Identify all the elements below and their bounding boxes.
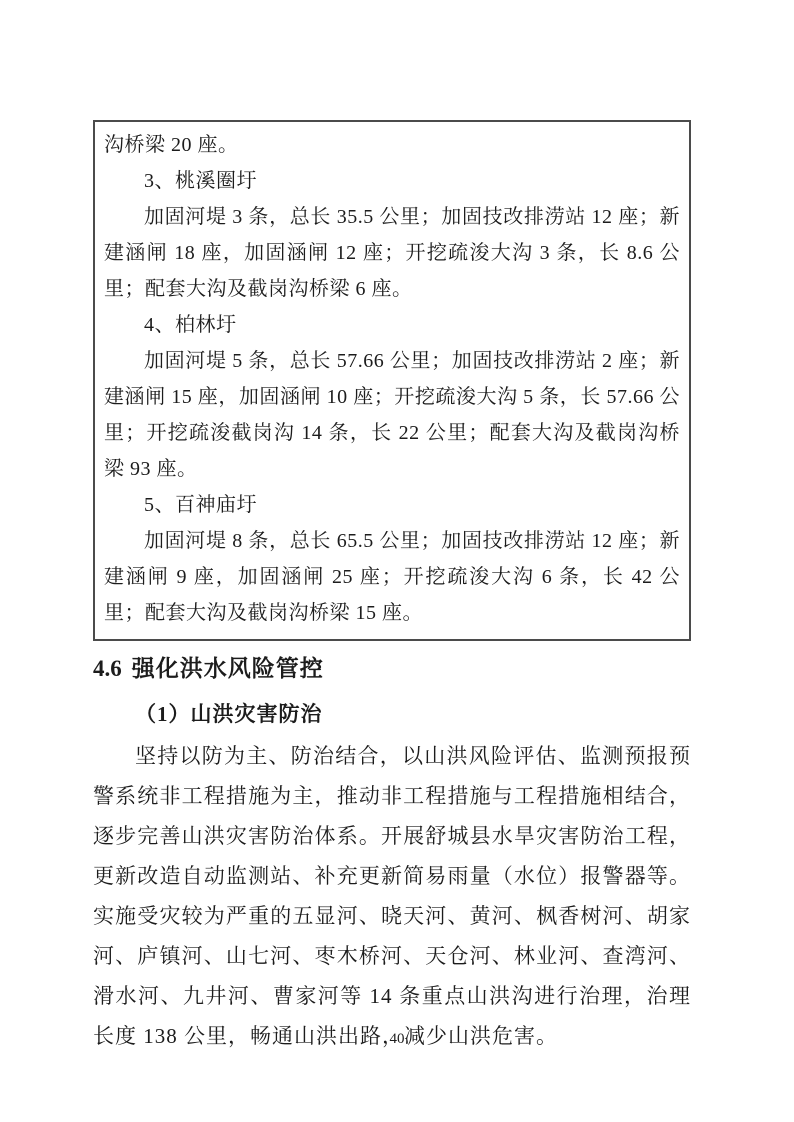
body-paragraph: 坚持以防为主、防治结合，以山洪风险评估、监测预报预警系统非工程措施为主，推动非工… [93, 736, 691, 1056]
subsection-heading: （1）山洪灾害防治 [93, 700, 691, 728]
boxed-excerpt: 沟桥梁 20 座。 3、桃溪圈圩 加固河堤 3 条，总长 35.5 公里；加固技… [93, 120, 691, 641]
page-content: 沟桥梁 20 座。 3、桃溪圈圩 加固河堤 3 条，总长 35.5 公里；加固技… [93, 120, 691, 1056]
box-paragraph: 加固河堤 8 条，总长 65.5 公里；加固技改排涝站 12 座；新建涵闸 9 … [104, 523, 680, 631]
section-number: 4.6 [93, 656, 122, 681]
section-heading: 4.6强化洪水风险管控 [93, 653, 691, 684]
box-paragraph: 3、桃溪圈圩 [104, 163, 680, 199]
section-title: 强化洪水风险管控 [132, 655, 324, 681]
box-paragraph: 加固河堤 3 条，总长 35.5 公里；加固技改排涝站 12 座；新建涵闸 18… [104, 199, 680, 307]
document-page: 沟桥梁 20 座。 3、桃溪圈圩 加固河堤 3 条，总长 35.5 公里；加固技… [0, 0, 794, 1122]
box-paragraph: 沟桥梁 20 座。 [104, 127, 680, 163]
box-paragraph: 加固河堤 5 条，总长 57.66 公里；加固技改排涝站 2 座；新建涵闸 15… [104, 343, 680, 487]
page-number: 40 [0, 1031, 794, 1048]
box-paragraph: 4、柏林圩 [104, 307, 680, 343]
box-paragraph: 5、百神庙圩 [104, 487, 680, 523]
